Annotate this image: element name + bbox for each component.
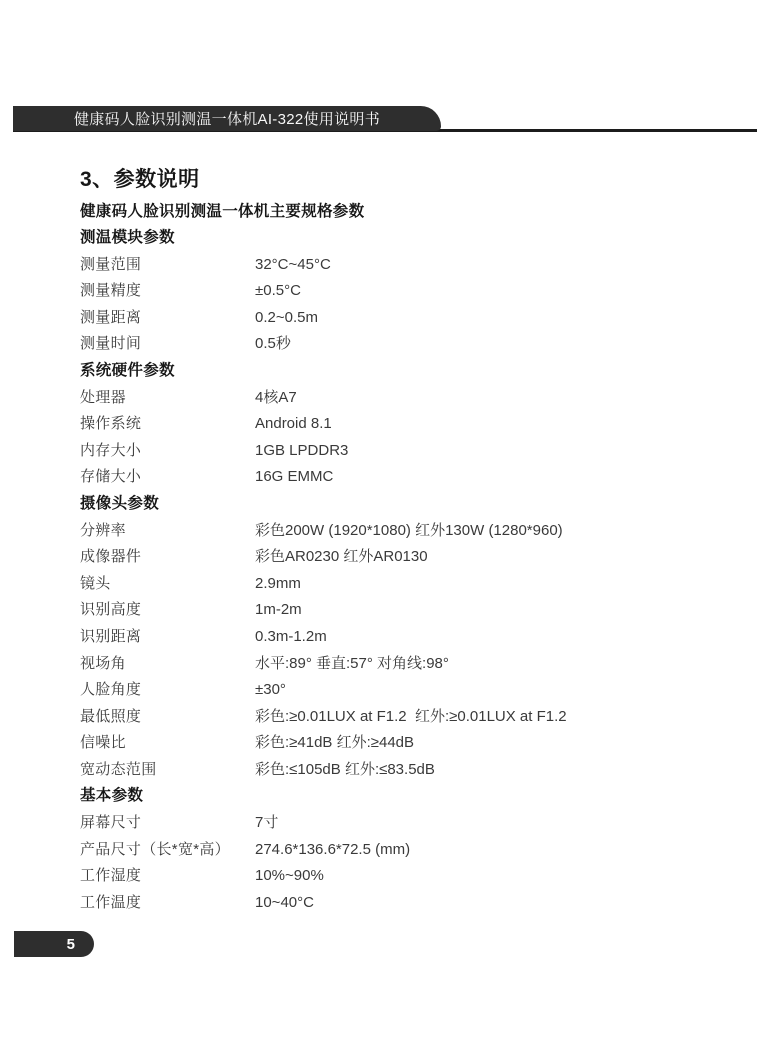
spec-value: 10%~90% bbox=[255, 863, 720, 890]
spec-value: 彩色AR0230 红外AR0130 bbox=[255, 544, 720, 571]
spec-row: 测量距离0.2~0.5m bbox=[80, 305, 720, 332]
spec-row: 测量精度±0.5°C bbox=[80, 278, 720, 305]
spec-row: 产品尺寸（长*宽*高）274.6*136.6*72.5 (mm) bbox=[80, 837, 720, 864]
spec-row: 工作温度10~40°C bbox=[80, 890, 720, 917]
spec-value: 7寸 bbox=[255, 810, 720, 837]
spec-label: 产品尺寸（长*宽*高） bbox=[80, 837, 255, 864]
spec-row: 屏幕尺寸7寸 bbox=[80, 810, 720, 837]
spec-row: 处理器4核A7 bbox=[80, 385, 720, 412]
spec-row: 工作湿度10%~90% bbox=[80, 863, 720, 890]
spec-row: 成像器件彩色AR0230 红外AR0130 bbox=[80, 544, 720, 571]
spec-value: ±0.5°C bbox=[255, 278, 720, 305]
spec-label: 测量时间 bbox=[80, 331, 255, 358]
spec-row: 宽动态范围彩色:≤105dB 红外:≤83.5dB bbox=[80, 757, 720, 784]
spec-label: 宽动态范围 bbox=[80, 757, 255, 784]
spec-value: 0.3m-1.2m bbox=[255, 624, 720, 651]
section-heading: 系统硬件参数 bbox=[80, 358, 720, 385]
spec-row: 人脸角度±30° bbox=[80, 677, 720, 704]
spec-label: 成像器件 bbox=[80, 544, 255, 571]
spec-value: Android 8.1 bbox=[255, 411, 720, 438]
spec-label: 信噪比 bbox=[80, 730, 255, 757]
spec-label: 测量范围 bbox=[80, 252, 255, 279]
spec-label: 存储大小 bbox=[80, 464, 255, 491]
manual-title: 健康码人脸识别测温一体机AI-322使用说明书 bbox=[74, 108, 380, 129]
spec-value: ±30° bbox=[255, 677, 720, 704]
spec-value: 274.6*136.6*72.5 (mm) bbox=[255, 837, 720, 864]
manual-title-tab: 健康码人脸识别测温一体机AI-322使用说明书 bbox=[13, 106, 441, 131]
spec-value: 彩色:≥0.01LUX at F1.2 红外:≥0.01LUX at F1.2 bbox=[255, 704, 720, 731]
spec-value: 10~40°C bbox=[255, 890, 720, 917]
spec-row: 镜头2.9mm bbox=[80, 571, 720, 598]
spec-row: 最低照度彩色:≥0.01LUX at F1.2 红外:≥0.01LUX at F… bbox=[80, 704, 720, 731]
spec-label: 最低照度 bbox=[80, 704, 255, 731]
spec-row: 存储大小16G EMMC bbox=[80, 464, 720, 491]
spec-row: 分辨率彩色200W (1920*1080) 红外130W (1280*960) bbox=[80, 518, 720, 545]
spec-label: 工作湿度 bbox=[80, 863, 255, 890]
spec-label: 工作温度 bbox=[80, 890, 255, 917]
spec-value: 2.9mm bbox=[255, 571, 720, 598]
page-subtitle: 健康码人脸识别测温一体机主要规格参数 bbox=[80, 198, 720, 225]
spec-row: 识别距离0.3m-1.2m bbox=[80, 624, 720, 651]
spec-row: 测量时间0.5秒 bbox=[80, 331, 720, 358]
page-content: 3、参数说明 健康码人脸识别测温一体机主要规格参数 测温模块参数测量范围32°C… bbox=[80, 166, 720, 916]
spec-value: 1m-2m bbox=[255, 597, 720, 624]
spec-label: 视场角 bbox=[80, 651, 255, 678]
page-number: 5 bbox=[67, 936, 75, 953]
spec-label: 操作系统 bbox=[80, 411, 255, 438]
spec-row: 信噪比彩色:≥41dB 红外:≥44dB bbox=[80, 730, 720, 757]
spec-label: 测量精度 bbox=[80, 278, 255, 305]
spec-value: 水平:89° 垂直:57° 对角线:98° bbox=[255, 651, 720, 678]
spec-value: 彩色200W (1920*1080) 红外130W (1280*960) bbox=[255, 518, 720, 545]
spec-label: 屏幕尺寸 bbox=[80, 810, 255, 837]
spec-row: 操作系统Android 8.1 bbox=[80, 411, 720, 438]
spec-value: 1GB LPDDR3 bbox=[255, 438, 720, 465]
page-title: 3、参数说明 bbox=[80, 166, 720, 198]
spec-label: 分辨率 bbox=[80, 518, 255, 545]
spec-value: 彩色:≥41dB 红外:≥44dB bbox=[255, 730, 720, 757]
spec-value: 32°C~45°C bbox=[255, 252, 720, 279]
spec-value: 0.5秒 bbox=[255, 331, 720, 358]
spec-row: 测量范围32°C~45°C bbox=[80, 252, 720, 279]
section-heading: 摄像头参数 bbox=[80, 491, 720, 518]
spec-value: 16G EMMC bbox=[255, 464, 720, 491]
spec-label: 镜头 bbox=[80, 571, 255, 598]
spec-label: 测量距离 bbox=[80, 305, 255, 332]
spec-row: 内存大小1GB LPDDR3 bbox=[80, 438, 720, 465]
spec-table: 测温模块参数测量范围32°C~45°C测量精度±0.5°C测量距离0.2~0.5… bbox=[80, 225, 720, 916]
spec-label: 识别高度 bbox=[80, 597, 255, 624]
section-heading: 基本参数 bbox=[80, 783, 720, 810]
spec-label: 识别距离 bbox=[80, 624, 255, 651]
spec-row: 识别高度1m-2m bbox=[80, 597, 720, 624]
section-heading: 测温模块参数 bbox=[80, 225, 720, 252]
page-number-tab: 5 bbox=[14, 931, 94, 957]
spec-row: 视场角水平:89° 垂直:57° 对角线:98° bbox=[80, 651, 720, 678]
spec-label: 处理器 bbox=[80, 385, 255, 412]
spec-label: 内存大小 bbox=[80, 438, 255, 465]
spec-value: 彩色:≤105dB 红外:≤83.5dB bbox=[255, 757, 720, 784]
spec-label: 人脸角度 bbox=[80, 677, 255, 704]
spec-value: 4核A7 bbox=[255, 385, 720, 412]
spec-value: 0.2~0.5m bbox=[255, 305, 720, 332]
